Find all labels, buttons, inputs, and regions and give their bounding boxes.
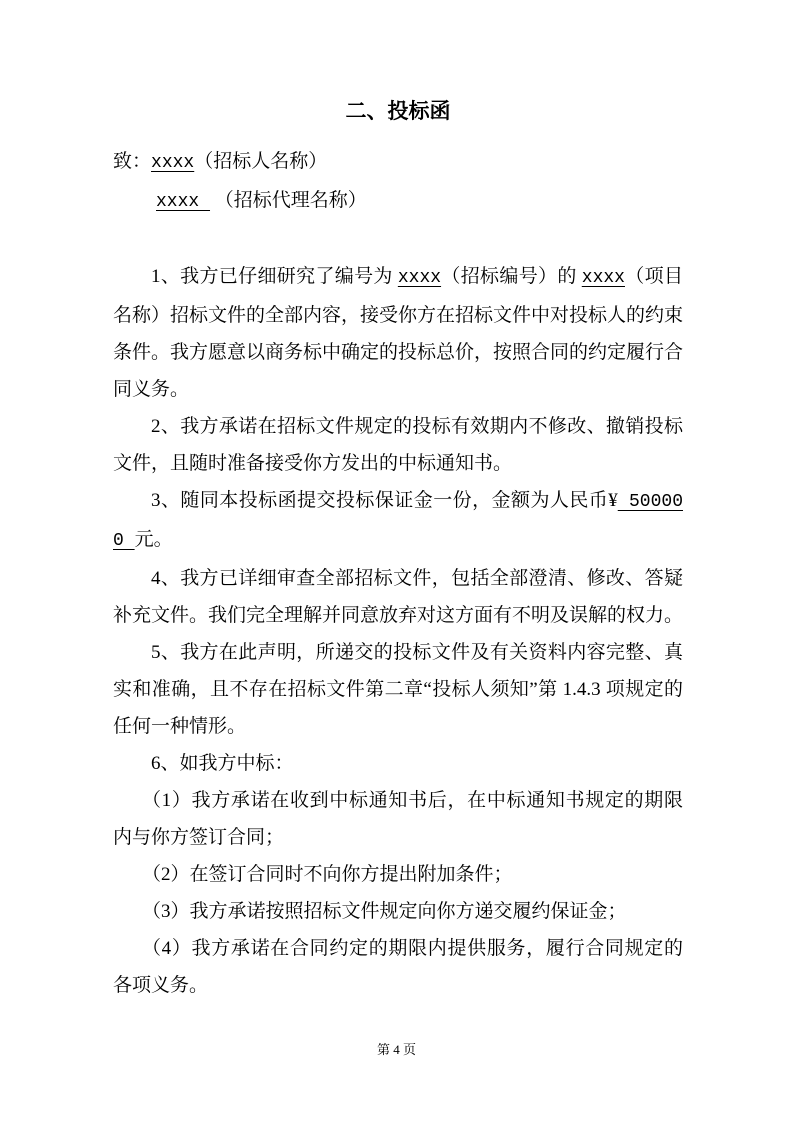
text-run: （4）我方承诺在合同约定的期限内提供服务，履行合同规定的各项义务。 xyxy=(113,938,683,996)
text-run: （招标人名称） xyxy=(194,151,327,172)
document-page: 二、投标函 致：xxxx（招标人名称） xxxx （招标代理名称） 1、我方已仔… xyxy=(0,0,793,1122)
paragraph-6-item-4: （4）我方承诺在合同约定的期限内提供服务，履行合同规定的各项义务。 xyxy=(113,930,683,1004)
text-run: （招标编号）的 xyxy=(441,266,582,287)
page-number: 第 4 页 xyxy=(0,1041,793,1059)
text-run: 1、我方已仔细研究了编号为 xyxy=(151,266,398,287)
paragraph-6-item-2: （2）在签订合同时不向你方提出附加条件； xyxy=(113,856,683,893)
text-run: （招标代理名称） xyxy=(210,190,367,211)
spacer xyxy=(113,221,683,258)
text-run: （3）我方承诺按照招标文件规定向你方递交履约保证金； xyxy=(142,901,627,922)
text-run: （1）我方承诺在收到中标通知书后，在中标通知书规定的期限内与你方签订合同； xyxy=(113,790,683,848)
text-run: 6、如我方中标： xyxy=(151,753,294,774)
paragraph-4: 4、我方已详细审查全部招标文件，包括全部澄清、修改、答疑补充文件。我们完全理解并… xyxy=(113,560,683,634)
text-run: 致： xyxy=(113,151,151,172)
paragraph-2: 2、我方承诺在招标文件规定的投标有效期内不修改、撤销投标文件，且随时准备接受你方… xyxy=(113,408,683,482)
document-title: 二、投标函 xyxy=(113,96,683,126)
text-run: 2、我方承诺在招标文件规定的投标有效期内不修改、撤销投标文件，且随时准备接受你方… xyxy=(113,416,683,474)
text-run: （2）在签订合同时不向你方提出附加条件； xyxy=(142,864,513,885)
document-body: 二、投标函 致：xxxx（招标人名称） xxxx （招标代理名称） 1、我方已仔… xyxy=(113,96,683,1004)
salutation-line-bidder: 致：xxxx（招标人名称） xyxy=(113,143,683,182)
text-run: 3、随同本投标函提交投标保证金一份，金额为人民币¥ xyxy=(151,490,618,511)
fill-in-blank: xxxx xyxy=(582,268,625,288)
paragraph-6-item-1: （1）我方承诺在收到中标通知书后，在中标通知书规定的期限内与你方签订合同； xyxy=(113,782,683,856)
fill-in-blank: xxxx xyxy=(398,268,441,288)
salutation-line-agency: xxxx （招标代理名称） xyxy=(113,182,683,221)
paragraph-6-item-3: （3）我方承诺按照招标文件规定向你方递交履约保证金； xyxy=(113,893,683,930)
fill-in-blank: xxxx xyxy=(151,153,194,173)
text-run: 5、我方在此声明，所递交的投标文件及有关资料内容完整、真实和准确，且不存在招标文… xyxy=(113,642,683,737)
paragraph-1: 1、我方已仔细研究了编号为 xxxx（招标编号）的 xxxx（项目名称）招标文件… xyxy=(113,258,683,408)
text-run: 4、我方已详细审查全部招标文件，包括全部澄清、修改、答疑补充文件。我们完全理解并… xyxy=(113,568,683,626)
paragraph-3: 3、随同本投标函提交投标保证金一份，金额为人民币¥ 500000 元。 xyxy=(113,482,683,560)
paragraph-6: 6、如我方中标： xyxy=(113,745,683,782)
fill-in-blank: xxxx xyxy=(156,192,210,212)
text-run: 元。 xyxy=(135,529,173,550)
paragraph-5: 5、我方在此声明，所递交的投标文件及有关资料内容完整、真实和准确，且不存在招标文… xyxy=(113,634,683,745)
